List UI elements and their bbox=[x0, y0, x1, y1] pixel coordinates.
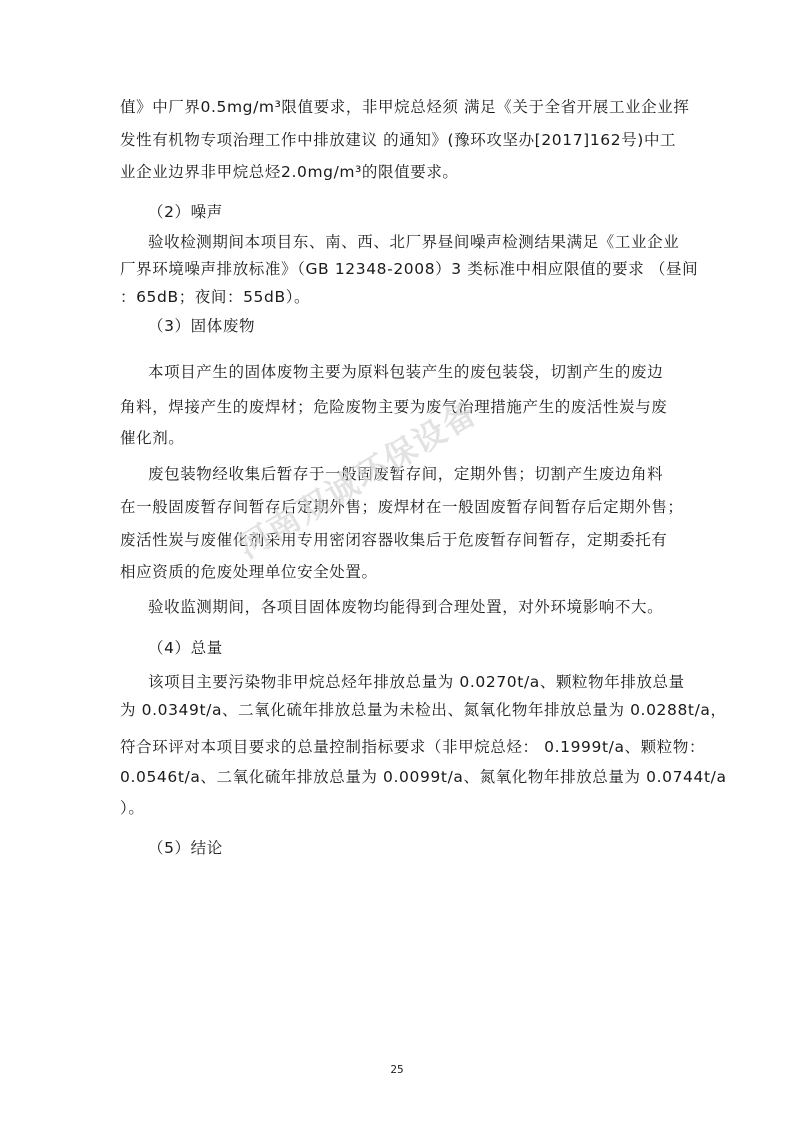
document-page: 值》中厂界0.5mg/m³限值要求，非甲烷总烃须 满足《关于全省开展工业企业挥 … bbox=[0, 0, 794, 1123]
paragraph-line: 该项目主要污染物非甲烷总烃年排放总量为 0.0270t/a、颗粒物年排放总量 bbox=[148, 672, 685, 692]
paragraph-line: 验收监测期间，各项目固体废物均能得到合理处置，对外环境影响不大。 bbox=[148, 597, 663, 617]
paragraph-line: 发性有机物专项治理工作中排放建议 的通知》(豫环攻坚办[2017]162号)中工 bbox=[120, 130, 676, 150]
paragraph-line: 为 0.0349t/a、二氧化硫年排放总量为未检出、氮氧化物年排放总量为 0.0… bbox=[120, 700, 727, 720]
paragraph-line: 相应资质的危废处理单位安全处置。 bbox=[120, 562, 378, 582]
page-number: 25 bbox=[0, 1063, 794, 1076]
paragraph-line: 废活性炭与废催化剂采用专用密闭容器收集后于危废暂存间暂存，定期委托有 bbox=[120, 530, 667, 550]
paragraph-line: 符合环评对本项目要求的总量控制指标要求（非甲烷总烃： 0.1999t/a、颗粒物… bbox=[120, 737, 705, 757]
section-heading-conclusion: （5）结论 bbox=[148, 838, 223, 858]
paragraph-line: 本项目产生的固体废物主要为原料包装产生的废包装袋，切割产生的废边 bbox=[148, 362, 663, 382]
paragraph-line: 业企业边界非甲烷总烃2.0mg/m³的限值要求。 bbox=[120, 162, 459, 182]
paragraph-line: ：65dB；夜间：55dB）。 bbox=[120, 287, 310, 307]
paragraph-line: 0.0546t/a、二氧化硫年排放总量为 0.0099t/a、氮氧化物年排放总量… bbox=[120, 767, 727, 787]
section-heading-solid-waste: （3）固体废物 bbox=[148, 316, 255, 336]
paragraph-line: 在一般固废暂存间暂存后定期外售；废焊材在一般固废暂存间暂存后定期外售； bbox=[120, 497, 684, 517]
paragraph-line: 催化剂。 bbox=[120, 428, 184, 448]
paragraph-line: ）。 bbox=[120, 798, 144, 818]
section-heading-noise: （2）噪声 bbox=[148, 202, 223, 222]
paragraph-line: 值》中厂界0.5mg/m³限值要求，非甲烷总烃须 满足《关于全省开展工业企业挥 bbox=[120, 97, 689, 117]
paragraph-line: 验收检测期间本项目东、南、西、北厂界昼间噪声检测结果满足《工业企业 bbox=[148, 232, 679, 252]
paragraph-line: 废包装物经收集后暂存于一般固废暂存间，定期外售；切割产生废边角料 bbox=[148, 464, 663, 484]
paragraph-line: 角料，焊接产生的废焊材；危险废物主要为废气治理措施产生的废活性炭与废 bbox=[120, 397, 667, 417]
section-heading-total-amount: （4）总量 bbox=[148, 638, 223, 658]
paragraph-line: 厂界环境噪声排放标准》（GB 12348-2008）3 类标准中相应限值的要求 … bbox=[120, 259, 698, 279]
